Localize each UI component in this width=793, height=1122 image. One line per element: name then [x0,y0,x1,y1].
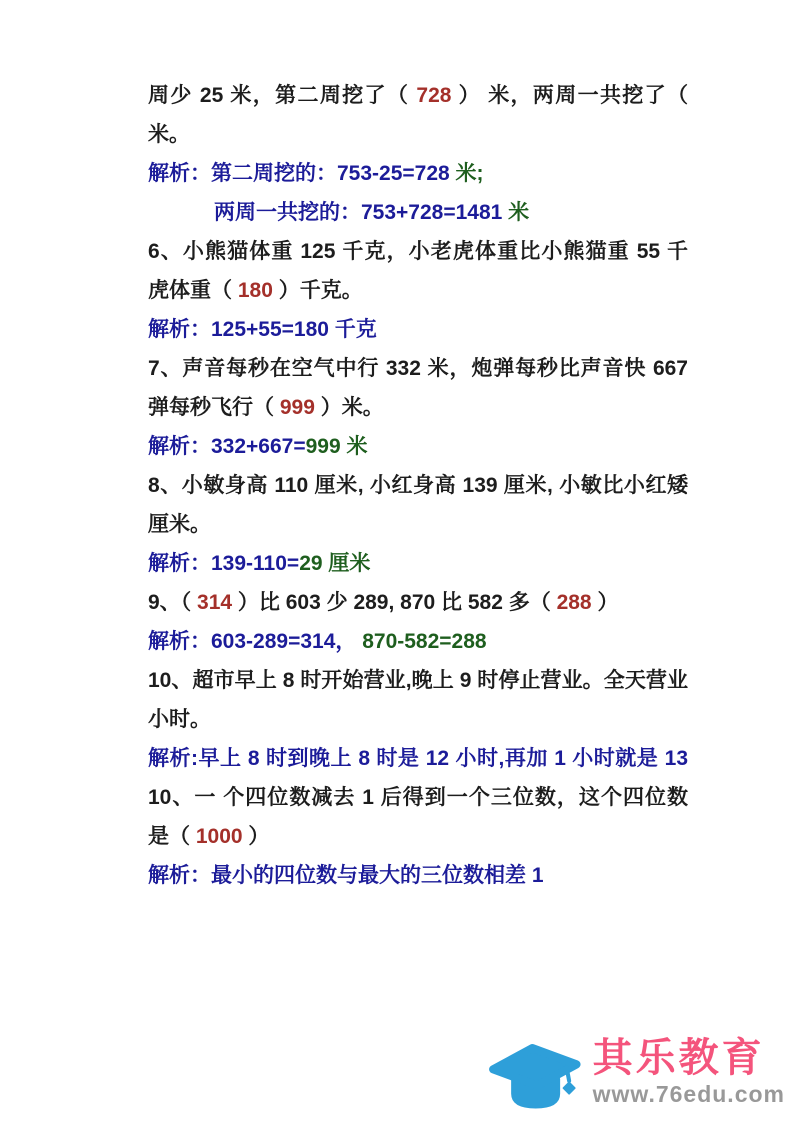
graduation-cap-icon [485,1036,583,1114]
problem-text: 是（ [148,825,196,848]
site-logo: 其乐教育 www.76edu.com [485,1036,785,1114]
problem-text: ） [592,591,619,614]
analysis-text: 米 [508,201,529,224]
document-line: 10、一 个四位数减去 1 后得到一个三位数，这个四位数 [148,778,688,817]
document-line: 解析：332+667=999 米 [148,427,688,466]
brand-name: 其乐教育 [593,1036,785,1080]
document-line: 米。 [148,115,688,154]
analysis-text: 解析：332+667= [148,435,306,458]
analysis-text: 解析:早上 8 时到晚上 8 时是 12 小时,再加 1 小时就是 13 小时。 [148,747,688,778]
document-line: 7、声音每秒在空气中行 332 米，炮弹每秒比声音快 667 米，炮 [148,349,688,388]
document-line: 解析：第二周挖的：753-25=728 米; [148,154,688,193]
analysis-text: 米; [456,162,484,185]
answer-value: 728 [416,84,451,107]
document-line: 小时。 [148,700,688,739]
document-line: 周少 25 米，第二周挖了（ 728 ） 米，两周一共挖了（ 1481 ） [148,76,688,115]
document-line: 弹每秒飞行（ 999 ）米。 [148,388,688,427]
problem-text: ） [243,825,270,848]
answer-value: 288 [557,591,592,614]
document-line: 9、（ 314 ）比 603 少 289, 870 比 582 多（ 288 ） [148,583,688,622]
problem-text: ）千克。 [273,279,363,302]
document-line: 解析：139-110=29 厘米 [148,544,688,583]
logo-text: 其乐教育 www.76edu.com [593,1036,785,1108]
document-line: 10、超市早上 8 时开始营业,晚上 9 时停止营业。全天营业（ 13 ） [148,661,688,700]
problem-text: 9、（ [148,591,197,614]
answer-value: 314 [197,591,232,614]
document-line: 虎体重（ 180 ）千克。 [148,271,688,310]
analysis-text: 870-582=288 [362,630,486,653]
answer-value: 999 [280,396,315,419]
analysis-text: 解析：139-110= [148,552,299,575]
problem-text: 小时。 [148,708,211,731]
analysis-text: 解析：603-289=314， [148,630,362,653]
problem-text: 10、一 个四位数减去 1 后得到一个三位数，这个四位数 [148,786,688,809]
document-line: 6、小熊猫体重 125 千克，小老虎体重比小熊猫重 55 千克，小老 [148,232,688,271]
problem-text: 7、声音每秒在空气中行 332 米，炮弹每秒比声音快 667 米，炮 [148,357,688,388]
worksheet-page: 周少 25 米，第二周挖了（ 728 ） 米，两周一共挖了（ 1481 ）米。解… [0,0,793,1122]
site-url: www.76edu.com [593,1080,785,1108]
document-line: 两周一共挖的：753+728=1481 米 [148,193,688,232]
document-line: 解析:早上 8 时到晚上 8 时是 12 小时,再加 1 小时就是 13 小时。 [148,739,688,778]
problem-text: ） 米，两周一共挖了（ [451,84,688,107]
answer-value: 180 [238,279,273,302]
analysis-text: 999 米 [306,435,368,458]
analysis-text: 29 厘米 [299,552,370,575]
document-line: 解析：125+55=180 千克 [148,310,688,349]
problem-text: 弹每秒飞行（ [148,396,280,419]
problem-text: ）比 603 少 289, 870 比 582 多（ [232,591,557,614]
answer-value: 1000 [196,825,243,848]
problem-text: 6、小熊猫体重 125 千克，小老虎体重比小熊猫重 55 千克，小老 [148,240,688,271]
document-line: 是（ 1000 ） [148,817,688,856]
analysis-text: 解析：最小的四位数与最大的三位数相差 1 [148,864,544,887]
analysis-text: 解析：第二周挖的：753-25=728 [148,162,456,185]
problem-text: 米。 [148,123,190,146]
document-line: 8、小敏身高 110 厘米, 小红身高 139 厘米, 小敏比小红矮（ 29 ） [148,466,688,505]
document-line: 解析：603-289=314， 870-582=288 [148,622,688,661]
problem-text: 10、超市早上 8 时开始营业,晚上 9 时停止营业。全天营业（ [148,669,688,700]
problem-text: 8、小敏身高 110 厘米, 小红身高 139 厘米, 小敏比小红矮（ [148,474,688,505]
document-line: 厘米。 [148,505,688,544]
analysis-text: 解析：125+55=180 千克 [148,318,377,341]
problem-text: ）米。 [315,396,384,419]
problem-text: 周少 25 米，第二周挖了（ [148,84,416,107]
analysis-text: 两周一共挖的：753+728=1481 [214,201,508,224]
document-line: 解析：最小的四位数与最大的三位数相差 1 [148,856,688,895]
problem-text: 虎体重（ [148,279,238,302]
problem-text: 厘米。 [148,513,211,536]
worksheet-text: 周少 25 米，第二周挖了（ 728 ） 米，两周一共挖了（ 1481 ）米。解… [148,76,688,895]
